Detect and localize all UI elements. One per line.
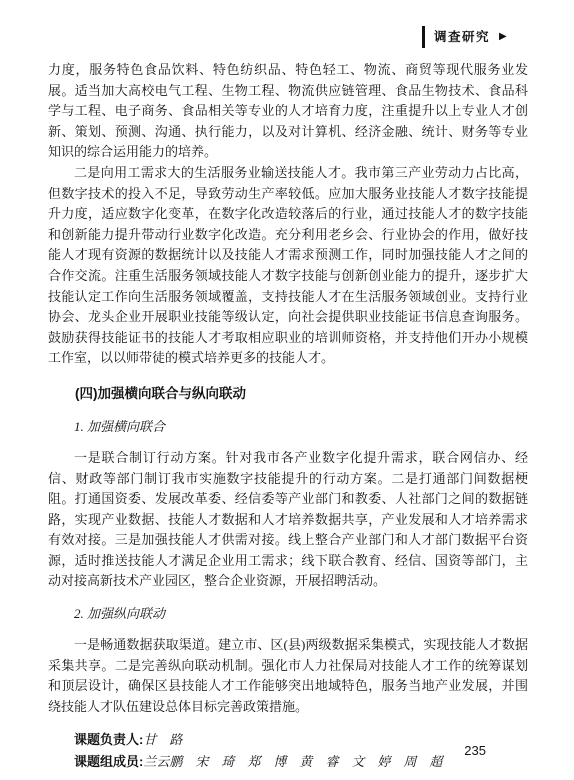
section-heading: (四)加强横向联合与纵向联动: [48, 384, 528, 404]
page-number: 235: [464, 743, 486, 758]
subsection-one-paragraph: 一是联合制订行动方案。针对我市各产业数字化提升需求，联合网信办、经信、财政等部门…: [48, 448, 528, 592]
project-members-line: 课题组成员:兰云鹏 宋 琦 郑 博 黄 睿 文 婷 周 超: [48, 751, 528, 773]
project-leader-line: 课题负责人:甘 路: [48, 729, 528, 751]
arrow-right-icon: ▶: [499, 26, 507, 48]
subsection-two-paragraph: 一是畅通数据获取渠道。建立市、区(县)两级数据采集模式，实现技能人才数据采集共享…: [48, 635, 528, 717]
document-page: 调查研究 ▶ 力度，服务特色食品饮料、特色纺织品、特色轻工、物流、商贸等现代服务…: [0, 0, 574, 780]
project-members-names: 兰云鹏 宋 琦 郑 博 黄 睿 文 婷 周 超: [143, 754, 442, 769]
project-leader-name: 甘 路: [143, 732, 182, 747]
project-leader-label: 课题负责人:: [74, 732, 143, 747]
project-members-label: 课题组成员:: [74, 754, 143, 769]
header-tab: 调查研究 ▶: [422, 26, 507, 48]
subsection-one-heading: 1. 加强横向联合: [48, 417, 528, 437]
header-tab-bar: [422, 26, 425, 48]
paragraph-continuation: 力度，服务特色食品饮料、特色纺织品、特色轻工、物流、商贸等现代服务业发展。适当加…: [48, 60, 528, 163]
document-content: 力度，服务特色食品饮料、特色纺织品、特色轻工、物流、商贸等现代服务业发展。适当加…: [48, 60, 528, 772]
credits-block: 课题负责人:甘 路 课题组成员:兰云鹏 宋 琦 郑 博 黄 睿 文 婷 周 超: [48, 729, 528, 772]
subsection-two-heading: 2. 加强纵向联动: [48, 604, 528, 624]
paragraph-two: 二是向用工需求大的生活服务业输送技能人才。我市第三产业劳动力占比高，但数字技术的…: [48, 163, 528, 369]
header-tab-label: 调查研究: [434, 26, 490, 48]
